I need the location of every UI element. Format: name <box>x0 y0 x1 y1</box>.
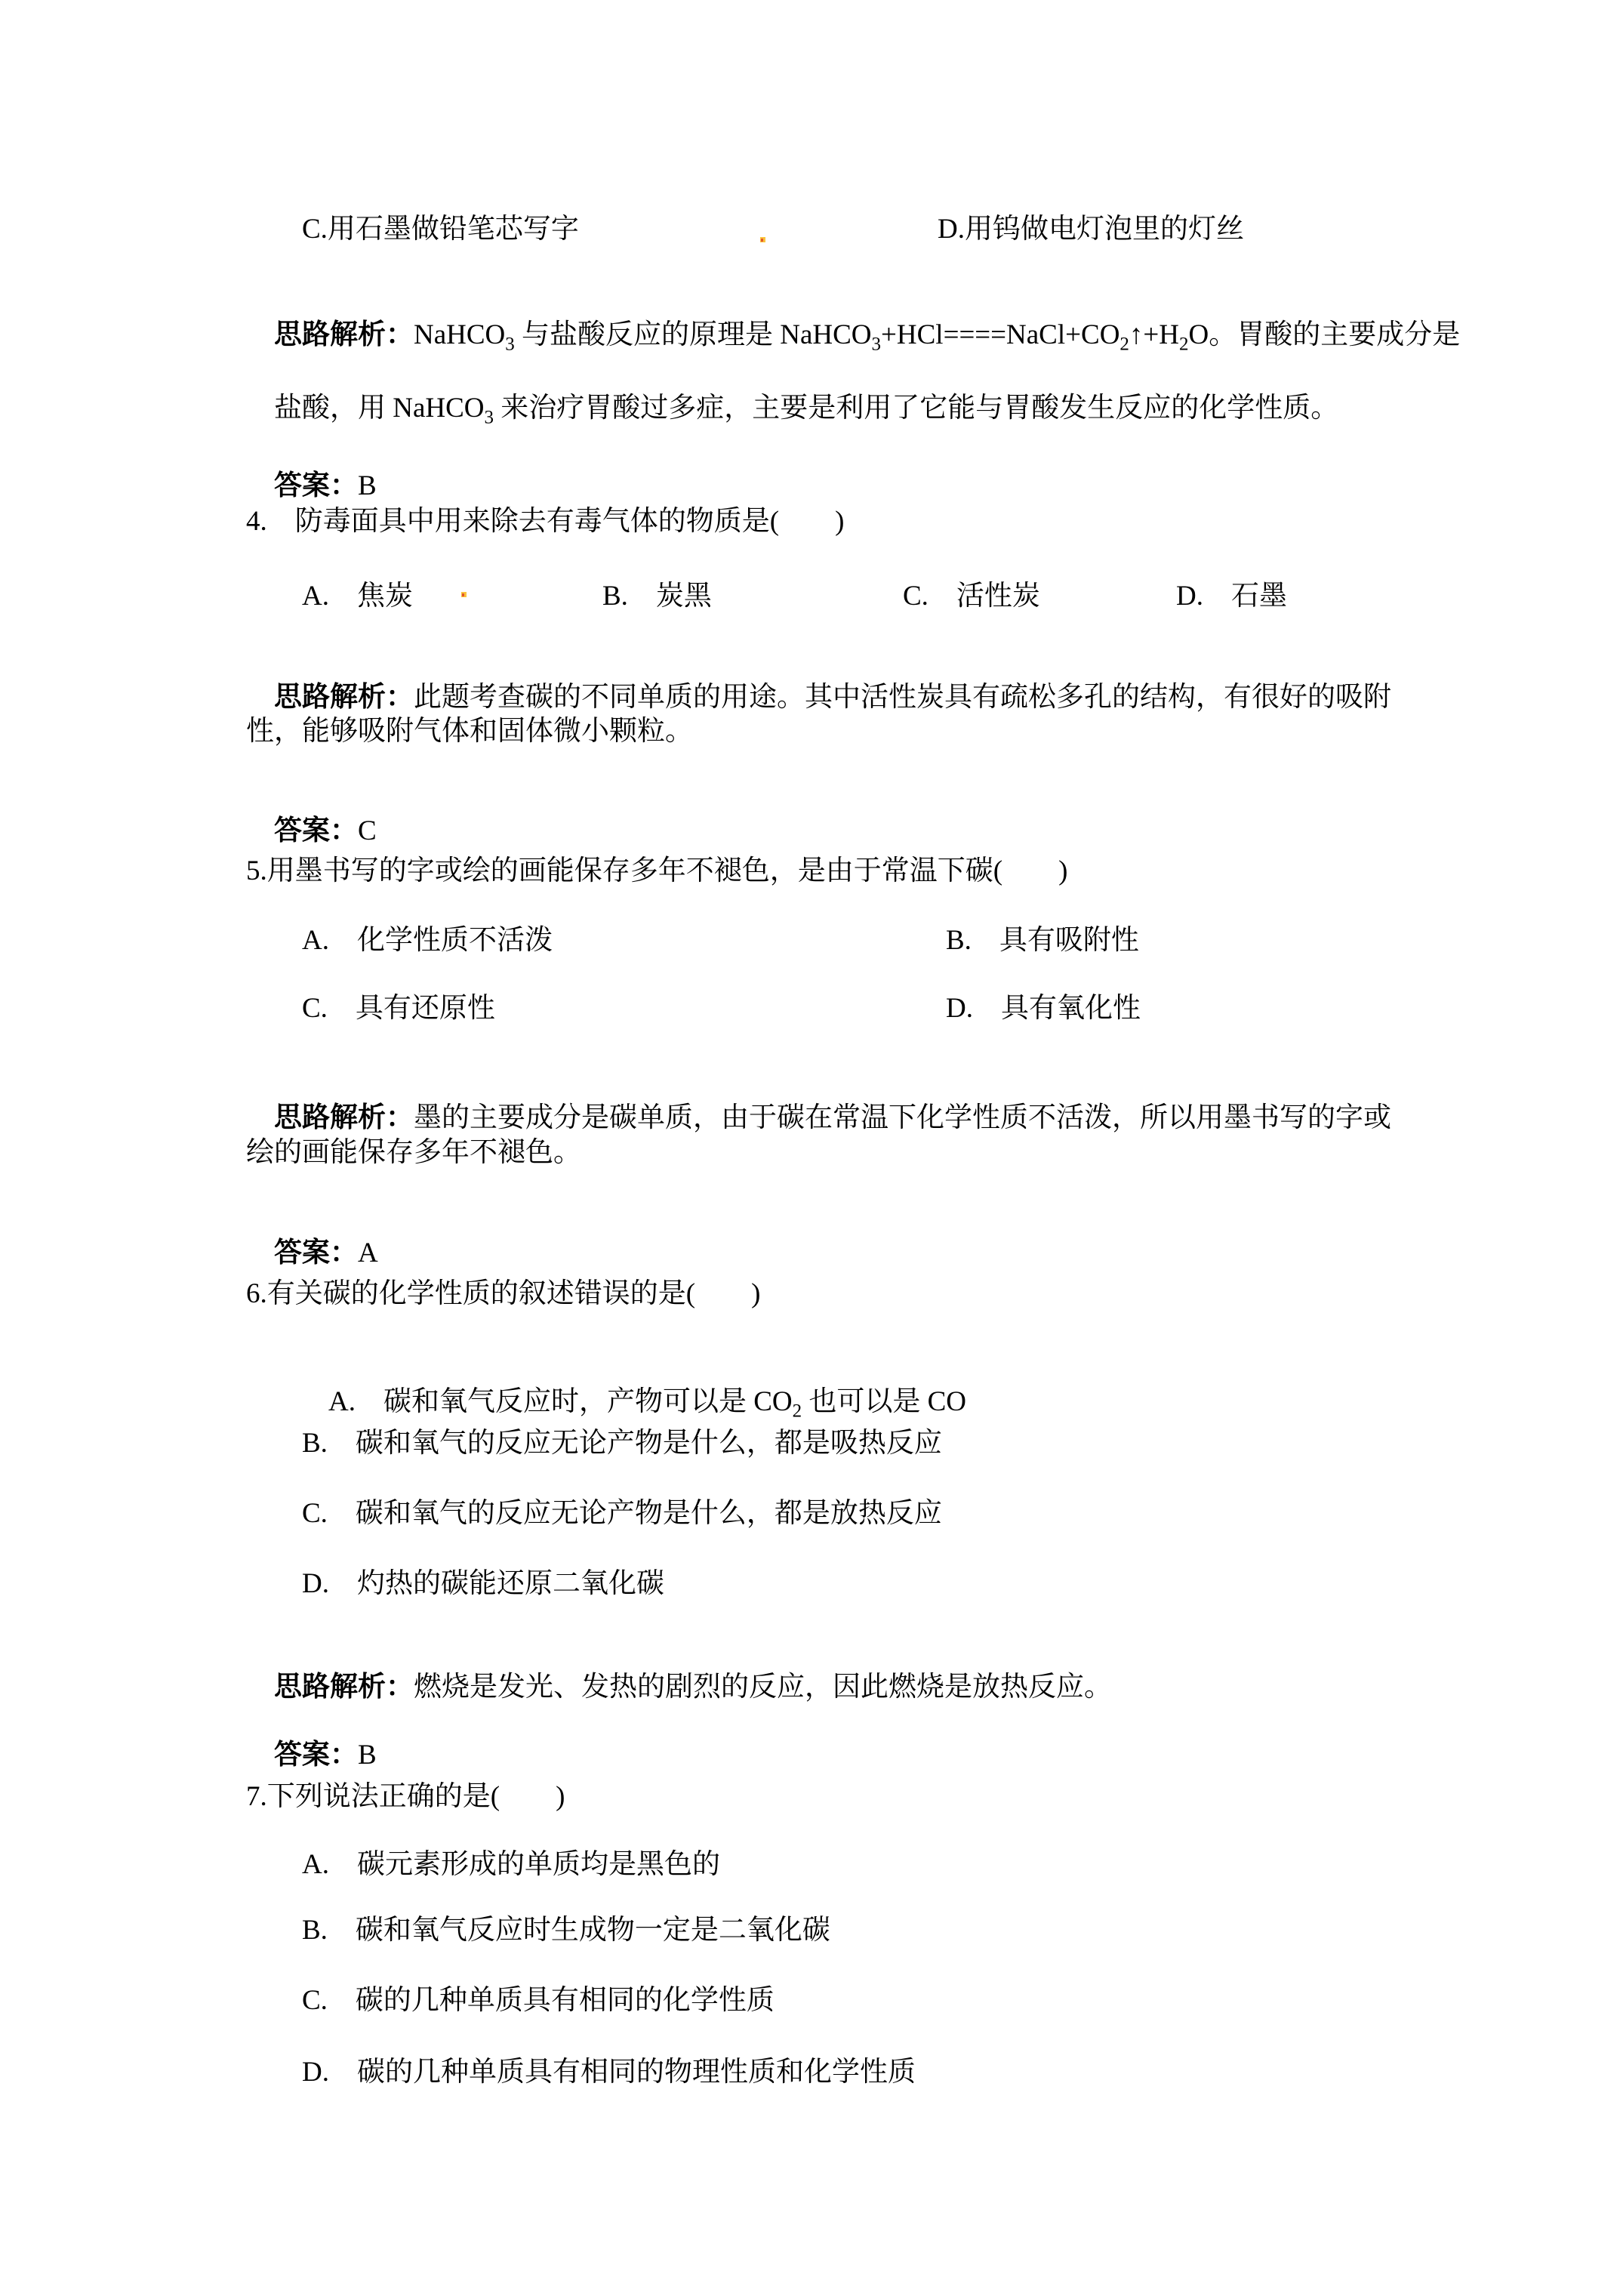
q4-analysis-line1: 思路解析：此题考查碳的不同单质的用途。其中活性炭具有疏松多孔的结构，有很好的吸附 <box>246 648 1391 681</box>
q6-stem: 6.有关碳的化学性质的叙述错误的是( ) <box>246 1277 760 1311</box>
chem-subscript: 2 <box>1179 334 1189 354</box>
q3-analysis-line2: 盐酸，用 NaHCO3 来治疗胃酸过多症，主要是利用了它能与胃酸发生反应的化学性… <box>246 359 1338 392</box>
q4-analysis-line2: 性，能够吸附气体和固体微小颗粒。 <box>246 715 693 748</box>
q5-option-a: A. 化学性质不活泼 <box>302 924 553 957</box>
chem-text: 盐酸，用 NaHCO <box>274 393 485 424</box>
q4-option-b: B. 炭黑 <box>602 580 712 613</box>
analysis-text: 墨的主要成分是碳单质，由于碳在常温下化学性质不活泼，所以用墨书写的字或 <box>414 1102 1391 1133</box>
chem-text: 也可以是 CO <box>802 1386 966 1417</box>
q5-options-row-2: C. 具有还原性 D. 具有氧化性 <box>0 992 28 1025</box>
q4-option-d: D. 石墨 <box>1176 580 1287 613</box>
analysis-text: 燃烧是发光、发热的剧烈的反应，因此燃烧是放热反应。 <box>414 1672 1112 1703</box>
q7-option-a: A. 碳元素形成的单质均是黑色的 <box>302 1848 720 1881</box>
q3-answer-line: 答案：B <box>246 436 377 470</box>
q5-stem: 5.用墨书写的字或绘的画能保存多年不褪色，是由于常温下碳( ) <box>246 855 1067 888</box>
q5-option-d: D. 具有氧化性 <box>946 992 1141 1025</box>
q5-analysis-line1: 思路解析：墨的主要成分是碳单质，由于碳在常温下化学性质不活泼，所以用墨书写的字或 <box>246 1068 1391 1102</box>
chem-subscript: 2 <box>1119 334 1129 354</box>
q6-option-c: C. 碳和氧气的反应无论产物是什么，都是放热反应 <box>302 1497 942 1530</box>
annotation-dot-1 <box>760 237 765 242</box>
q3-option-d: D.用钨做电灯泡里的灯丝 <box>938 213 1244 246</box>
analysis-label: 思路解析： <box>274 1672 414 1703</box>
document-page: C.用石墨做铅笔芯写字 D.用钨做电灯泡里的灯丝 思路解析：NaHCO3 与盐酸… <box>0 0 1623 2296</box>
q7-option-c: C. 碳的几种单质具有相同的化学性质 <box>302 1984 775 2017</box>
answer-label: 答案： <box>274 815 358 846</box>
q7-stem: 7.下列说法正确的是( ) <box>246 1780 565 1814</box>
q4-option-c: C. 活性炭 <box>903 580 1040 613</box>
analysis-text: 此题考查碳的不同单质的用途。其中活性炭具有疏松多孔的结构，有很好的吸附 <box>414 682 1391 713</box>
annotation-dot-2 <box>461 592 467 597</box>
q6-option-a: A. 碳和氧气反应时，产物可以是 CO2 也可以是 CO <box>302 1352 966 1385</box>
q6-option-b: B. 碳和氧气的反应无论产物是什么，都是吸热反应 <box>302 1427 942 1460</box>
q3-analysis-line1: 思路解析：NaHCO3 与盐酸反应的原理是 NaHCO3+HCl====NaCl… <box>246 285 1460 319</box>
chem-text: A. 碳和氧气反应时，产物可以是 CO <box>328 1386 793 1417</box>
analysis-label: 思路解析： <box>274 682 414 713</box>
chem-subscript: 3 <box>872 334 882 354</box>
q6-answer-line: 答案：B <box>246 1706 377 1739</box>
answer-value: B <box>358 470 377 501</box>
chem-text: +HCl====NaCl+CO <box>881 319 1119 350</box>
chem-text: O。胃酸的主要成分是 <box>1189 319 1461 350</box>
answer-value: B <box>358 1740 377 1771</box>
q5-options-row-1: A. 化学性质不活泼 B. 具有吸附性 <box>0 924 28 957</box>
q7-option-d: D. 碳的几种单质具有相同的物理性质和化学性质 <box>302 2056 916 2089</box>
q4-option-a: A. 焦炭 <box>302 580 413 613</box>
answer-label: 答案： <box>274 1740 358 1771</box>
chem-subscript: 3 <box>485 407 494 427</box>
answer-value: A <box>358 1237 378 1268</box>
analysis-label: 思路解析： <box>274 1102 414 1133</box>
answer-label: 答案： <box>274 1237 358 1268</box>
chem-subscript: 2 <box>793 1401 802 1421</box>
chem-subscript: 3 <box>505 334 515 354</box>
chem-text: 与盐酸反应的原理是 NaHCO <box>515 319 872 350</box>
q5-option-c: C. 具有还原性 <box>302 992 495 1025</box>
answer-label: 答案： <box>274 470 358 501</box>
q3-option-c: C.用石墨做铅笔芯写字 <box>302 213 579 246</box>
q4-answer-line: 答案：C <box>246 781 377 815</box>
chem-text: ↑+H <box>1129 319 1179 350</box>
q3-options-row: C.用石墨做铅笔芯写字 D.用钨做电灯泡里的灯丝 <box>0 213 28 246</box>
q5-analysis-line2: 绘的画能保存多年不褪色。 <box>246 1136 581 1170</box>
answer-value: C <box>358 815 377 846</box>
q7-option-b: B. 碳和氧气反应时生成物一定是二氧化碳 <box>302 1914 830 1947</box>
q4-options-row: A. 焦炭 B. 炭黑 C. 活性炭 D. 石墨 <box>0 580 28 613</box>
q6-option-d: D. 灼热的碳能还原二氧化碳 <box>302 1567 664 1601</box>
analysis-label: 思路解析： <box>274 319 414 350</box>
q6-analysis-line: 思路解析：燃烧是发光、发热的剧烈的反应，因此燃烧是放热反应。 <box>246 1638 1112 1671</box>
q5-option-b: B. 具有吸附性 <box>946 924 1139 957</box>
chem-text: NaHCO <box>414 319 505 350</box>
q4-stem: 4. 防毒面具中用来除去有毒气体的物质是( ) <box>246 505 844 538</box>
q5-answer-line: 答案：A <box>246 1203 378 1237</box>
chem-text: 来治疗胃酸过多症，主要是利用了它能与胃酸发生反应的化学性质。 <box>494 393 1338 424</box>
